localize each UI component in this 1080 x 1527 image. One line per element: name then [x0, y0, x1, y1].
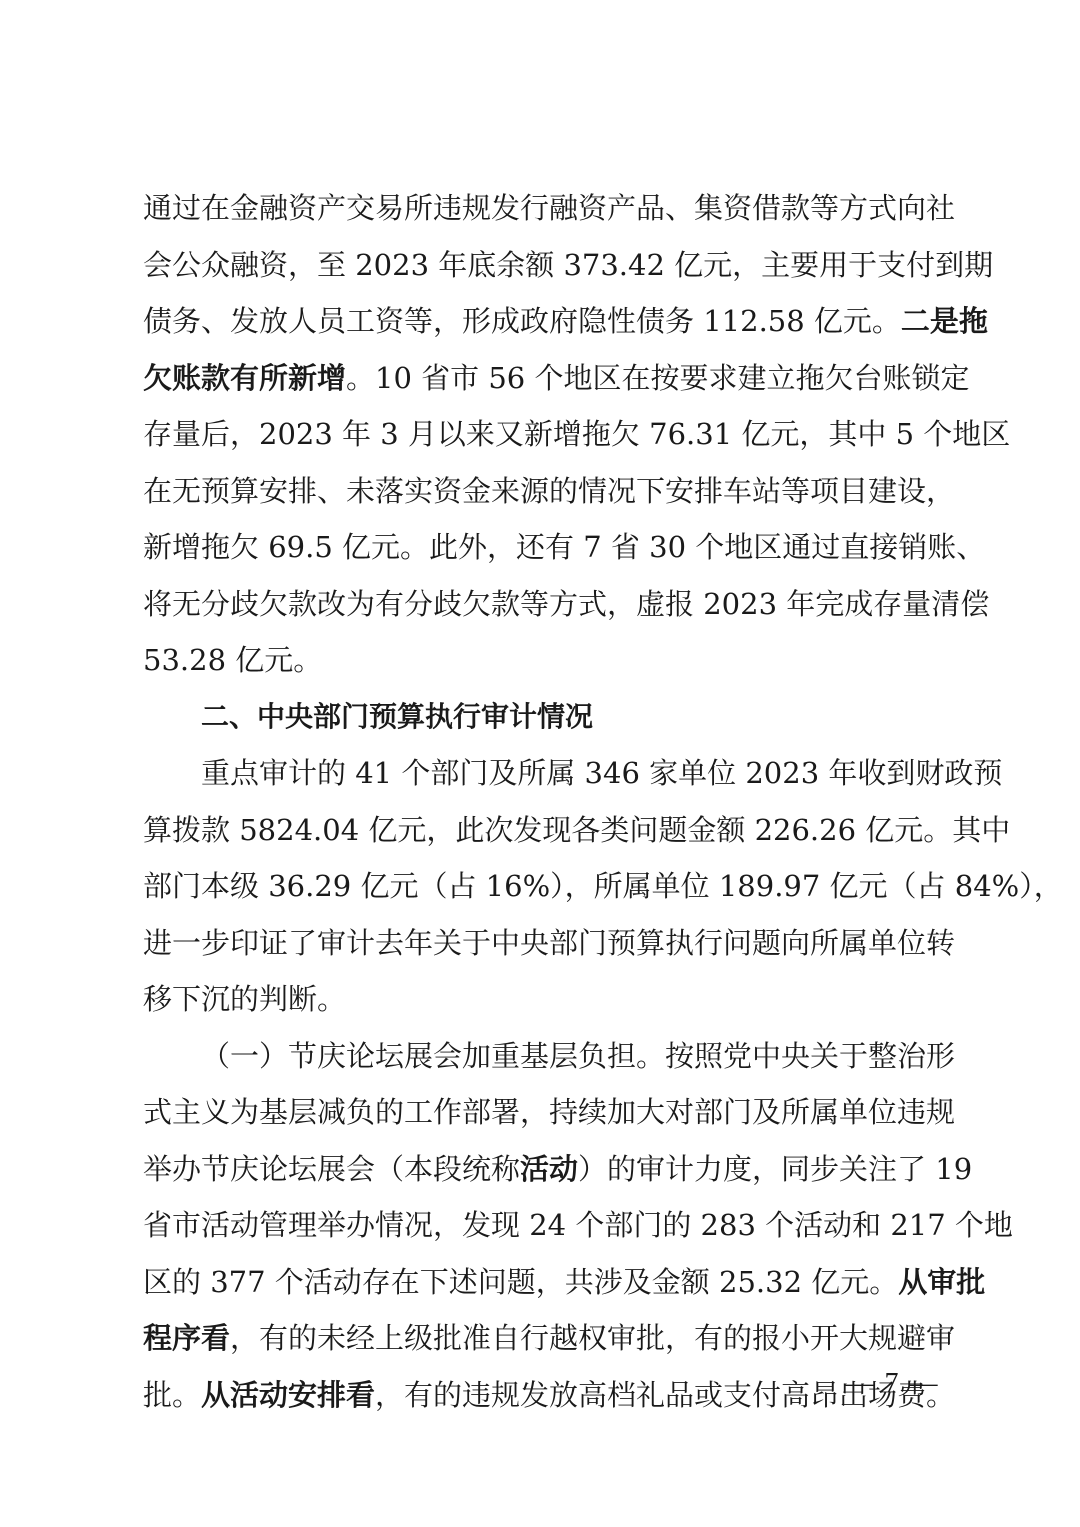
- text-segment: ）的审计力度，同步关注了 19: [578, 1152, 972, 1186]
- text-segment: 举办节庆论坛展会（本段统称: [143, 1152, 520, 1186]
- text-segment: ，有的未经上级批准自行越权审批，有的报小开大规避审: [230, 1321, 955, 1355]
- text-line: 53.28 亿元。: [143, 632, 939, 689]
- text-segment: 区的 377 个活动存在下述问题，共涉及金额 25.32 亿元。: [143, 1265, 898, 1299]
- bold-emphasis: 从活动安排看: [201, 1378, 375, 1412]
- subsection-heading-line: （一）节庆论坛展会加重基层负担。按照党中央关于整治形: [143, 1028, 939, 1085]
- text-segment: 债务、发放人员工资等，形成政府隐性债务 112.58 亿元。: [143, 304, 901, 338]
- text-line: 批。从活动安排看，有的违规发放高档礼品或支付高昂出场费。: [143, 1367, 939, 1424]
- text-line: 新增拖欠 69.5 亿元。此外，还有 7 省 30 个地区通过直接销账、: [143, 519, 939, 576]
- text-line: 举办节庆论坛展会（本段统称活动）的审计力度，同步关注了 19: [143, 1141, 939, 1198]
- text-segment: 53.28 亿元。: [143, 643, 322, 677]
- bold-emphasis: 活动: [520, 1152, 578, 1186]
- text-line: 部门本级 36.29 亿元（占 16%），所属单位 189.97 亿元（占 84…: [143, 858, 939, 915]
- text-segment: 。10 省市 56 个地区在按要求建立拖欠台账锁定: [346, 361, 969, 395]
- text-segment: 移下沉的判断。: [143, 982, 346, 1016]
- text-segment: 部门本级 36.29 亿元（占 16%），所属单位 189.97 亿元（占 84…: [143, 869, 1063, 903]
- text-line: 存量后，2023 年 3 月以来又新增拖欠 76.31 亿元，其中 5 个地区: [143, 406, 939, 463]
- document-page: 通过在金融资产交易所违规发行融资产品、集资借款等方式向社 会公众融资，至 202…: [0, 0, 1080, 1527]
- text-segment: 在无预算安排、未落实资金来源的情况下安排车站等项目建设，: [143, 474, 955, 508]
- text-line: 在无预算安排、未落实资金来源的情况下安排车站等项目建设，: [143, 463, 939, 520]
- text-line: 重点审计的 41 个部门及所属 346 家单位 2023 年收到财政预: [143, 745, 939, 802]
- text-line: 通过在金融资产交易所违规发行融资产品、集资借款等方式向社: [143, 180, 939, 237]
- text-segment: 将无分歧欠款改为有分歧欠款等方式，虚报 2023 年完成存量清偿: [143, 587, 989, 621]
- bold-emphasis: 二是拖: [901, 304, 988, 338]
- text-line: 进一步印证了审计去年关于中央部门预算执行问题向所属单位转: [143, 915, 939, 972]
- bold-emphasis: 程序看: [143, 1321, 230, 1355]
- text-segment: 存量后，2023 年 3 月以来又新增拖欠 76.31 亿元，其中 5 个地区: [143, 417, 1010, 451]
- text-line: 区的 377 个活动存在下述问题，共涉及金额 25.32 亿元。从审批: [143, 1254, 939, 1311]
- bold-emphasis: 欠账款有所新增: [143, 361, 346, 395]
- text-line: 式主义为基层减负的工作部署，持续加大对部门及所属单位违规: [143, 1084, 939, 1141]
- document-body: 通过在金融资产交易所违规发行融资产品、集资借款等方式向社 会公众融资，至 202…: [143, 180, 939, 1423]
- text-segment: 重点审计的 41 个部门及所属 346 家单位 2023 年收到财政预: [201, 756, 1002, 790]
- page-number: — 7 —: [845, 1368, 940, 1400]
- text-line: 移下沉的判断。: [143, 971, 939, 1028]
- text-line: 会公众融资，至 2023 年底余额 373.42 亿元，主要用于支付到期: [143, 237, 939, 294]
- text-segment: 批。: [143, 1378, 201, 1412]
- text-line: 程序看，有的未经上级批准自行越权审批，有的报小开大规避审: [143, 1310, 939, 1367]
- text-segment: 算拨款 5824.04 亿元，此次发现各类问题金额 226.26 亿元。其中: [143, 813, 1010, 847]
- text-line: 省市活动管理举办情况，发现 24 个部门的 283 个活动和 217 个地: [143, 1197, 939, 1254]
- section-heading: 二、中央部门预算执行审计情况: [143, 689, 939, 746]
- text-segment: 通过在金融资产交易所违规发行融资产品、集资借款等方式向社: [143, 191, 955, 225]
- text-line: 债务、发放人员工资等，形成政府隐性债务 112.58 亿元。二是拖: [143, 293, 939, 350]
- text-segment: 省市活动管理举办情况，发现 24 个部门的 283 个活动和 217 个地: [143, 1208, 1013, 1242]
- text-segment: 式主义为基层减负的工作部署，持续加大对部门及所属单位违规: [143, 1095, 955, 1129]
- text-segment: 会公众融资，至 2023 年底余额 373.42 亿元，主要用于支付到期: [143, 248, 993, 282]
- text-line: 欠账款有所新增。10 省市 56 个地区在按要求建立拖欠台账锁定: [143, 350, 939, 407]
- bold-emphasis: 从审批: [898, 1265, 985, 1299]
- text-segment: 进一步印证了审计去年关于中央部门预算执行问题向所属单位转: [143, 926, 955, 960]
- text-line: 将无分歧欠款改为有分歧欠款等方式，虚报 2023 年完成存量清偿: [143, 576, 939, 633]
- text-segment: （一）节庆论坛展会加重基层负担。按照党中央关于整治形: [201, 1039, 955, 1073]
- text-line: 算拨款 5824.04 亿元，此次发现各类问题金额 226.26 亿元。其中: [143, 802, 939, 859]
- text-segment: 新增拖欠 69.5 亿元。此外，还有 7 省 30 个地区通过直接销账、: [143, 530, 985, 564]
